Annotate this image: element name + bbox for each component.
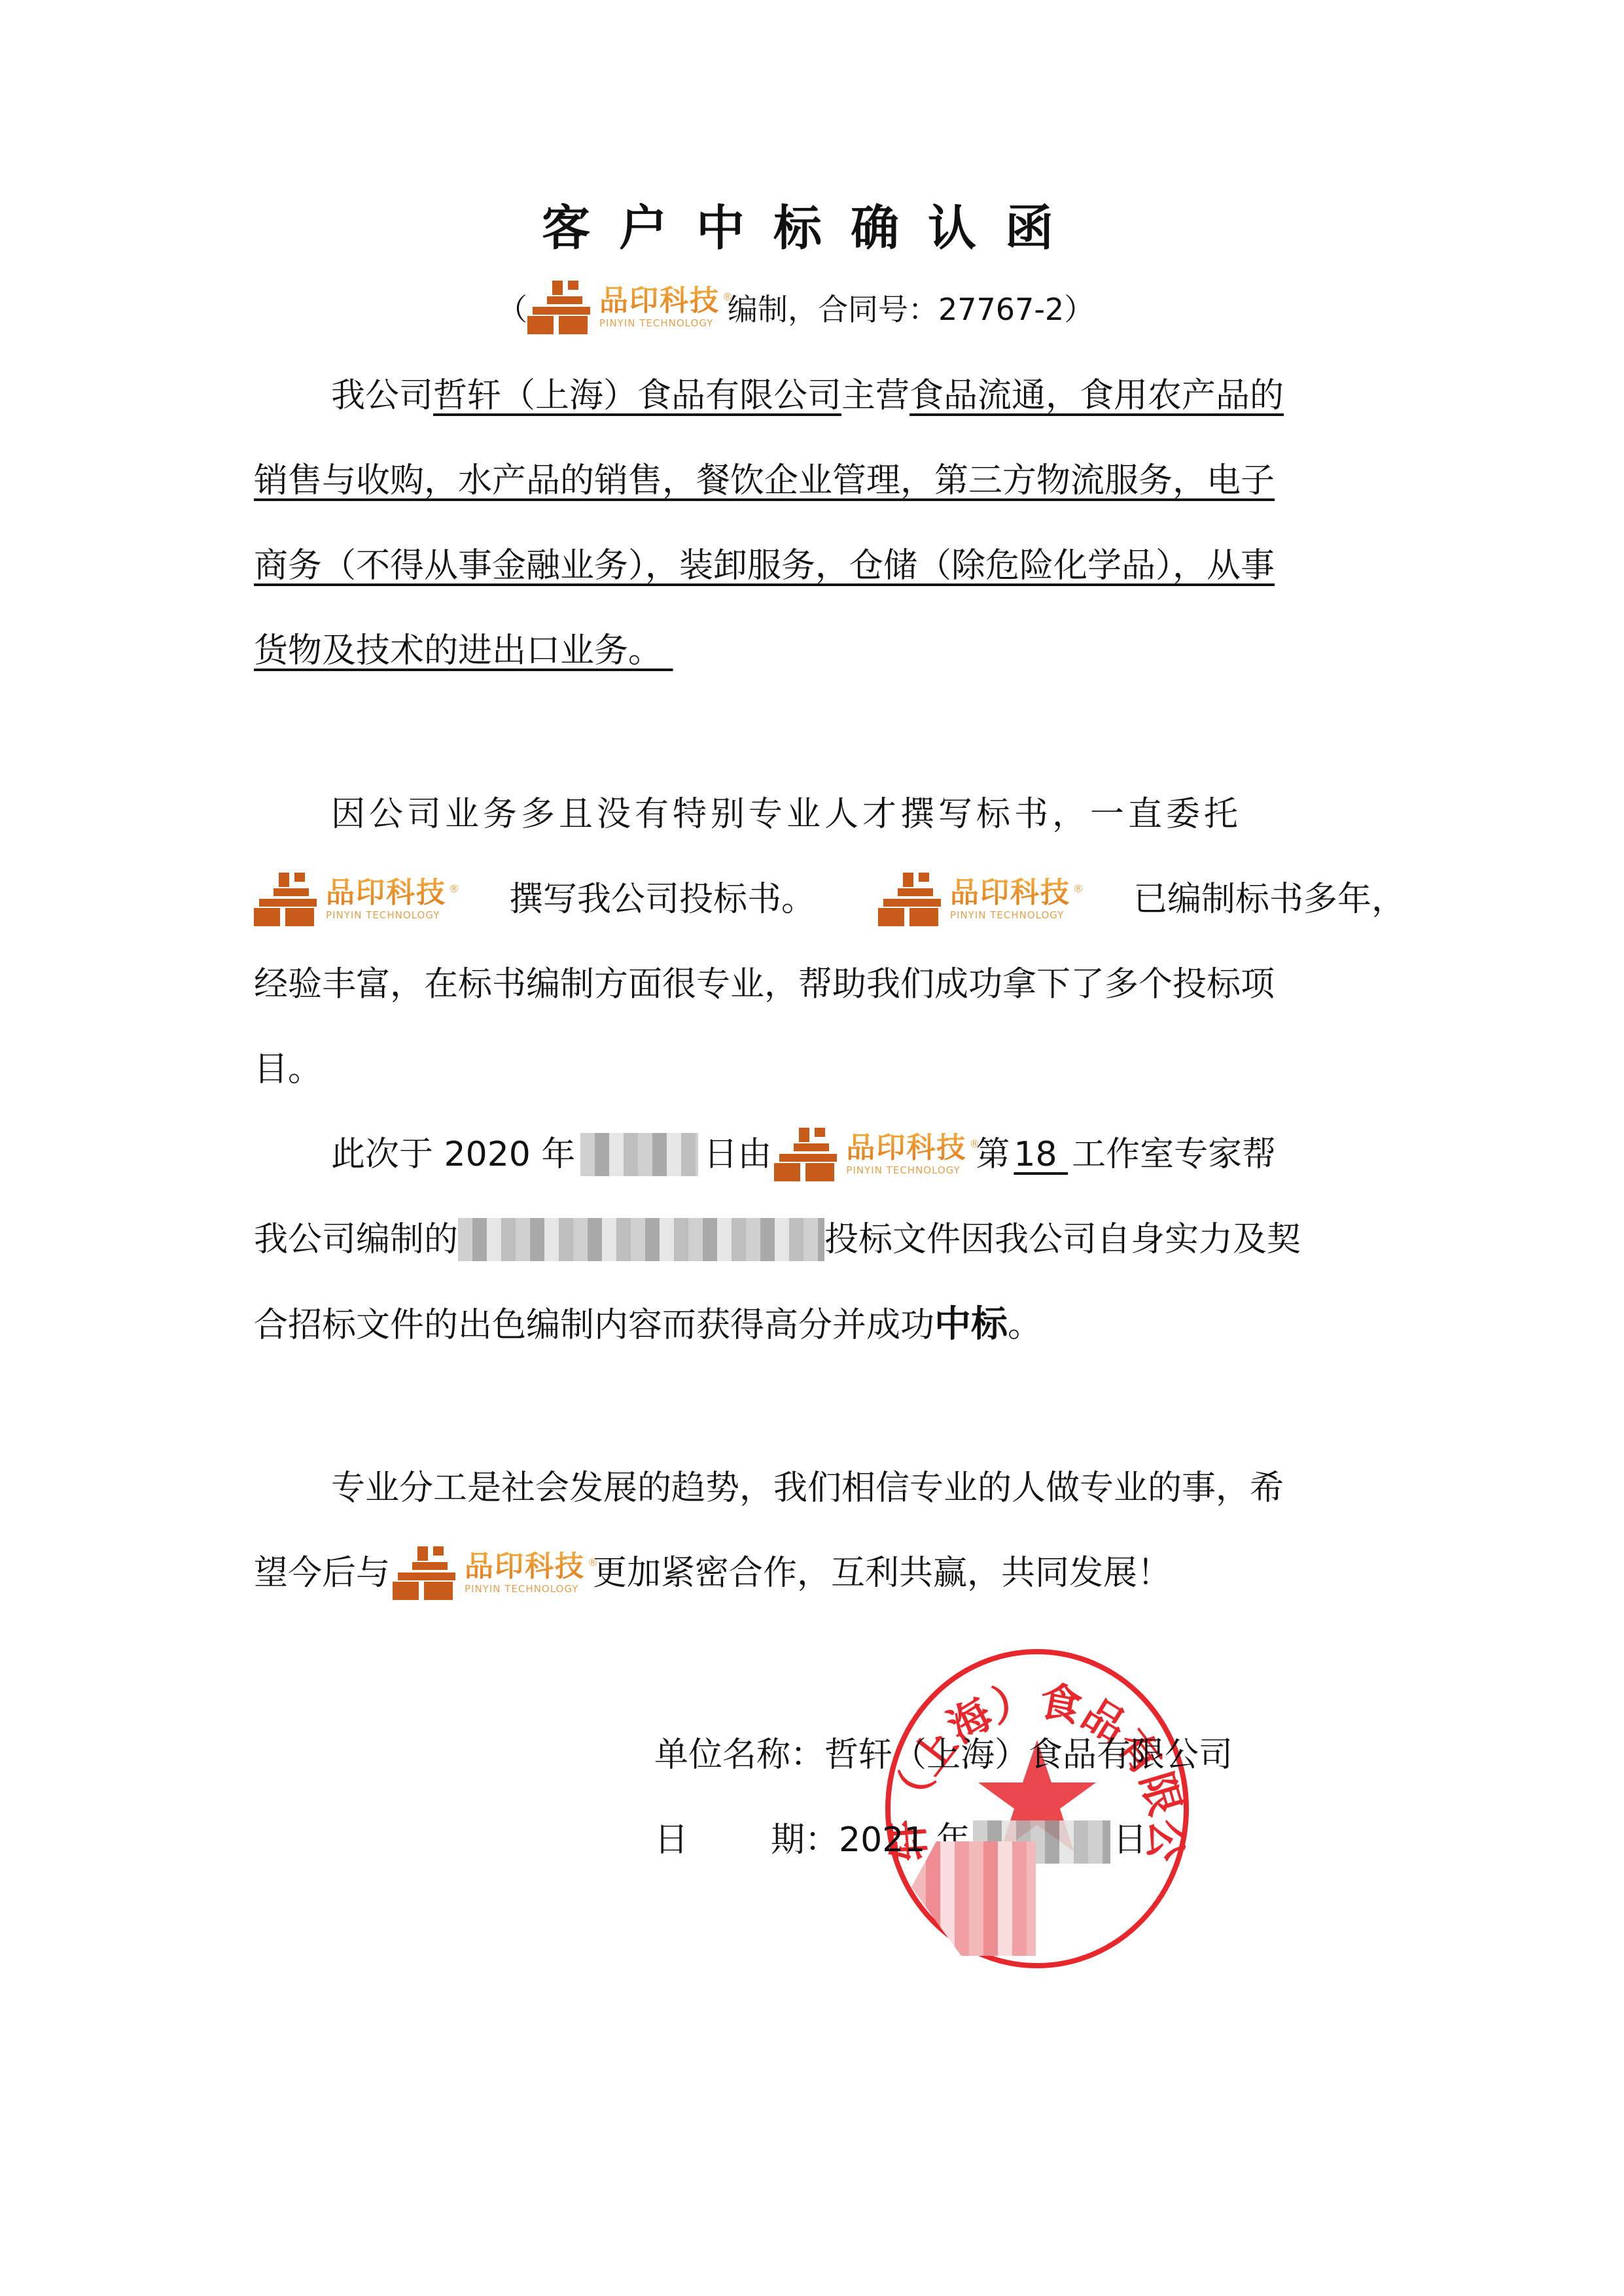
unit-name-value: 哲轩（上海）食品有限公司 — [824, 1735, 1233, 1775]
p3-line2-prefix: 我公司编制的 — [254, 1197, 458, 1282]
paragraph1-line2: 销售与收购，水产品的销售，餐饮企业管理，第三方物流服务，电子 — [254, 438, 1405, 523]
studio-number: 18 — [1014, 1112, 1068, 1197]
logo-cn-text: 品印科技 — [465, 1550, 585, 1583]
p4-line2-suffix: 更加紧密合作，互利共赢，共同发展！ — [593, 1531, 1171, 1616]
p3-line1-suffix: 工作室专家帮 — [1072, 1112, 1276, 1197]
paragraph1-line4: 货物及技术的进出口业务。 — [254, 608, 1405, 693]
logo-cn-text: 品印科技 — [599, 284, 720, 317]
logo-cn-text: 品印科技 — [950, 876, 1070, 909]
paragraph2-line1: 因公司业务多且没有特别专业人才撰写标书，一直委托 — [254, 772, 1405, 857]
registered-mark-icon: ® — [449, 874, 461, 904]
signature-date-row: 日期：2021 年日 — [654, 1812, 1147, 1864]
logo-en-text: PINYIN TECHNOLOGY — [326, 909, 440, 921]
date-label-part2: 期： — [771, 1820, 839, 1860]
paragraph-cooperation: 专业分工是社会发展的趋势，我们相信专业的人做专业的事，希 望今后与 品印科技® … — [254, 1446, 1405, 1616]
document-page: 客户中标确认函 （ 品印科技® PINYIN TECHNOLOGY 编制，合同号… — [0, 0, 1624, 2296]
document-title: 客户中标确认函 — [0, 190, 1624, 259]
paragraph4-line2: 望今后与 品印科技® PINYIN TECHNOLOGY 更加紧密合作，互利共赢… — [254, 1531, 1405, 1616]
logo-en-text: PINYIN TECHNOLOGY — [950, 909, 1064, 921]
p2-line2-mid: 撰写我公司投标书。 — [509, 857, 815, 942]
date-label-part1: 日 — [654, 1820, 688, 1860]
registered-mark-icon: ® — [588, 1548, 599, 1578]
subtitle-contract: 编制，合同号：27767-2） — [728, 286, 1094, 329]
paragraph1-line1: 我公司哲轩（上海）食品有限公司主营食品流通，食用农产品的 — [254, 353, 1405, 438]
pinyin-logo-mark-icon — [878, 873, 941, 926]
paragraph2-line4: 目。 — [254, 1027, 1405, 1112]
pinyin-logo: 品印科技® PINYIN TECHNOLOGY — [254, 870, 446, 929]
logo-en-text: PINYIN TECHNOLOGY — [465, 1583, 578, 1595]
pinyin-logo-mark-icon — [393, 1546, 455, 1600]
p1-prefix: 我公司 — [331, 376, 433, 415]
business-scope-line1: 食品流通，食用农产品的 — [909, 376, 1284, 415]
registered-mark-icon: ® — [722, 282, 734, 312]
pinyin-logo: 品印科技® PINYIN TECHNOLOGY — [527, 278, 720, 337]
logo-en-text: PINYIN TECHNOLOGY — [599, 317, 713, 329]
redacted-date — [580, 1133, 698, 1176]
registered-mark-icon: ® — [969, 1129, 981, 1159]
win-bid-emphasis: 中标 — [934, 1303, 1008, 1346]
pinyin-logo-mark-icon — [774, 1128, 837, 1181]
company-name-underlined: 哲轩（上海）食品有限公司 — [433, 376, 841, 415]
p3-line3-end: 。 — [1008, 1306, 1042, 1345]
subtitle-open-paren: （ — [497, 286, 527, 329]
logo-cn-text: 品印科技 — [846, 1131, 966, 1164]
subtitle-line: （ 品印科技® PINYIN TECHNOLOGY 编制，合同号：27767-2… — [497, 275, 1094, 340]
paragraph4-line1: 专业分工是社会发展的趋势，我们相信专业的人做专业的事，希 — [254, 1446, 1405, 1531]
paragraph-entrustment: 因公司业务多且没有特别专业人才撰写标书，一直委托 品印科技® PINYIN TE… — [254, 772, 1405, 1112]
p1-middle: 主营 — [841, 376, 909, 415]
paragraph3-line3: 合招标文件的出色编制内容而获得高分并成功中标。 — [254, 1282, 1405, 1367]
p3-date-prefix: 此次于 2020 年 — [331, 1112, 575, 1197]
registered-mark-icon: ® — [1073, 874, 1085, 904]
redacted-project-name — [458, 1218, 824, 1261]
pinyin-logo-mark-icon — [527, 281, 590, 334]
logo-cn-text: 品印科技 — [326, 876, 446, 909]
p3-line3-prefix: 合招标文件的出色编制内容而获得高分并成功 — [254, 1306, 934, 1345]
studio-number-value: 18 — [1014, 1135, 1057, 1174]
business-scope-line4: 货物及技术的进出口业务。 — [254, 631, 662, 670]
signature-unit-row: 单位名称：哲轩（上海）食品有限公司 — [654, 1727, 1233, 1776]
paragraph2-line2: 品印科技® PINYIN TECHNOLOGY 撰写我公司投标书。 品印科技® … — [254, 857, 1405, 942]
logo-en-text: PINYIN TECHNOLOGY — [846, 1164, 960, 1176]
paragraph-bid-success: 此次于 2020 年 日由 品印科技® PINYIN TECHNOLOGY 第 — [254, 1112, 1405, 1367]
paragraph1-line3: 商务（不得从事金融业务），装卸服务，仓储（除危险化学品），从事 — [254, 523, 1405, 608]
company-seal-icon: 哲轩（上海）食品有限公司 — [880, 1642, 1194, 1969]
pinyin-logo: 品印科技® PINYIN TECHNOLOGY — [393, 1544, 585, 1603]
pinyin-logo-mark-icon — [254, 873, 317, 926]
redacted-signature — [911, 1841, 1036, 1956]
paragraph3-line2: 我公司编制的 投标文件因我公司自身实力及契 — [254, 1197, 1405, 1282]
p2-line2-end: 已编制标书多年， — [1133, 857, 1405, 942]
date-day-suffix: 日 — [1113, 1820, 1147, 1860]
pinyin-logo: 品印科技® PINYIN TECHNOLOGY — [774, 1125, 966, 1184]
paragraph-business-scope: 我公司哲轩（上海）食品有限公司主营食品流通，食用农产品的 销售与收购，水产品的销… — [254, 353, 1405, 693]
p3-after-date: 日由 — [703, 1112, 771, 1197]
unit-name-label: 单位名称： — [654, 1735, 824, 1775]
paragraph3-line1: 此次于 2020 年 日由 品印科技® PINYIN TECHNOLOGY 第 — [254, 1112, 1405, 1197]
p4-line2-prefix: 望今后与 — [254, 1531, 390, 1616]
p3-line2-suffix: 投标文件因我公司自身实力及契 — [824, 1197, 1301, 1282]
pinyin-logo: 品印科技® PINYIN TECHNOLOGY — [878, 870, 1070, 929]
paragraph2-line3: 经验丰富，在标书编制方面很专业，帮助我们成功拿下了多个投标项 — [254, 942, 1405, 1027]
